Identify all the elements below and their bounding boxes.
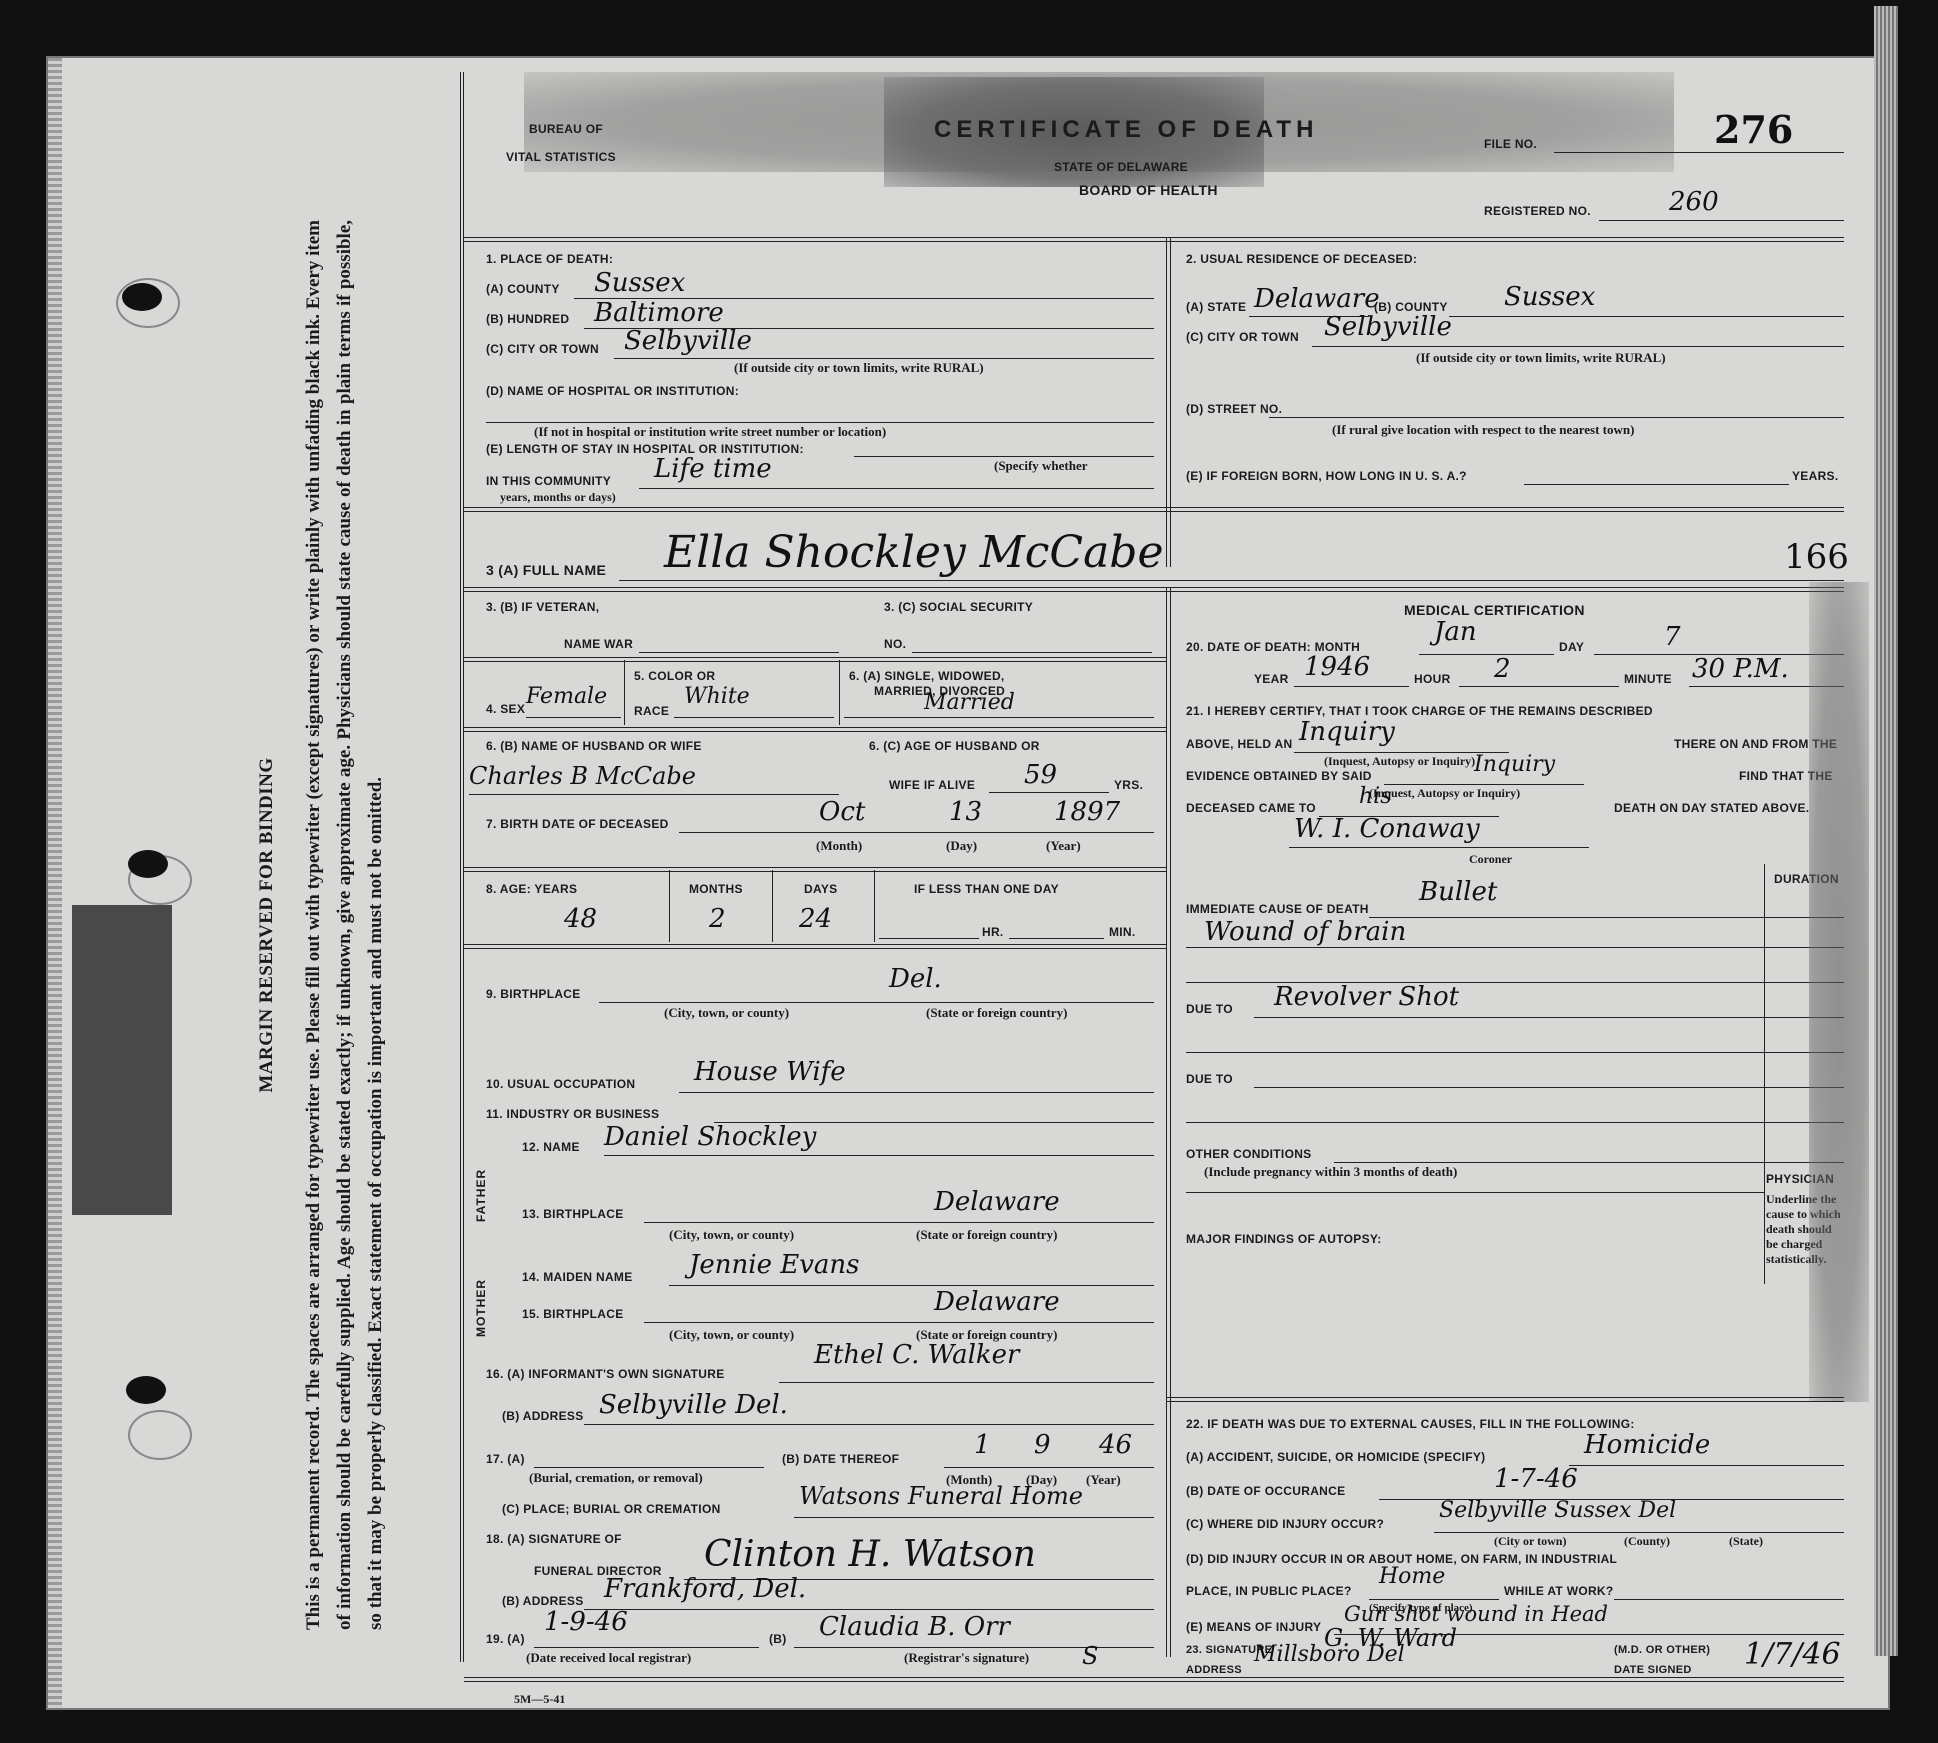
registrar-signature[interactable]: Claudia B. Orr: [819, 1612, 1010, 1642]
community-value[interactable]: Life time: [654, 454, 772, 484]
vital-statistics-label: VITAL STATISTICS: [506, 150, 616, 164]
held-note: (Inquest, Autopsy or Inquiry): [1324, 754, 1475, 769]
death-day-label: DAY: [1559, 640, 1584, 654]
fb-city-note: (City, town, or county): [669, 1227, 794, 1243]
year-note: (Year): [1046, 838, 1081, 854]
res-city-note: (If outside city or town limits, write R…: [1416, 350, 1666, 366]
external-heading: 22. IF DEATH WAS DUE TO EXTERNAL CAUSES,…: [1186, 1417, 1635, 1431]
burial-year-note: (Year): [1086, 1472, 1121, 1488]
registrar-b-label: (B): [769, 1632, 787, 1646]
death-county-value[interactable]: Sussex: [594, 268, 685, 298]
means-label: (E) MEANS OF INJURY: [1186, 1620, 1321, 1634]
marital-value[interactable]: Married: [924, 690, 1015, 715]
due-to-value-1[interactable]: Revolver Shot: [1274, 982, 1459, 1012]
death-day-value[interactable]: 7: [1664, 622, 1681, 652]
race-label: RACE: [634, 704, 669, 718]
death-year-label: YEAR: [1254, 672, 1289, 686]
hospital-label: (D) NAME OF HOSPITAL OR INSTITUTION:: [486, 384, 739, 398]
death-hour-value[interactable]: 2: [1494, 654, 1511, 684]
place-of-death-heading: 1. PLACE OF DEATH:: [486, 252, 613, 266]
cause-value-2[interactable]: Wound of brain: [1204, 917, 1406, 947]
age-years-label: 8. AGE: YEARS: [486, 882, 577, 896]
marital-label-1: 6. (A) SINGLE, WIDOWED,: [849, 669, 1005, 683]
month-note: (Month): [816, 838, 862, 854]
veteran-label: 3. (B) IF VETERAN,: [486, 600, 599, 614]
registrar-date-value[interactable]: 1-9-46: [544, 1607, 628, 1637]
other-conditions-label: OTHER CONDITIONS: [1186, 1147, 1311, 1161]
residence-heading: 2. USUAL RESIDENCE OF DECEASED:: [1186, 252, 1417, 266]
res-state-value[interactable]: Delaware: [1254, 284, 1380, 314]
occurance-value[interactable]: 1-7-46: [1494, 1464, 1578, 1494]
medical-heading: MEDICAL CERTIFICATION: [1404, 602, 1585, 618]
means-value[interactable]: Gun shot wound in Head: [1344, 1602, 1608, 1626]
certificate-title: CERTIFICATE OF DEATH: [934, 116, 1318, 144]
margin-code: 166: [1784, 537, 1849, 577]
mother-side-label: MOTHER: [474, 1279, 488, 1337]
held-value[interactable]: Inquiry: [1299, 717, 1395, 747]
cause-value-1[interactable]: Bullet: [1419, 877, 1497, 907]
other-conditions-note: (Include pregnancy within 3 months of de…: [1204, 1164, 1457, 1180]
where-city-note: (City or town): [1494, 1534, 1566, 1549]
work-label: WHILE AT WORK?: [1504, 1584, 1614, 1598]
deceased-came-label: DECEASED CAME TO: [1186, 801, 1316, 815]
mb-city-note: (City, town, or county): [669, 1327, 794, 1343]
accident-label: (A) ACCIDENT, SUICIDE, OR HOMICIDE (SPEC…: [1186, 1450, 1485, 1464]
coroner-note: Coroner: [1469, 852, 1512, 867]
res-city-label: (C) CITY OR TOWN: [1186, 330, 1299, 344]
father-side-label: FATHER: [474, 1169, 488, 1222]
punch-hole-ring: [128, 1410, 192, 1460]
foreign-label: (E) IF FOREIGN BORN, HOW LONG IN U. S. A…: [1186, 469, 1467, 483]
where-label: (C) WHERE DID INJURY OCCUR?: [1186, 1517, 1384, 1531]
registrar-date-note: (Date received local registrar): [526, 1650, 691, 1666]
where-state-note: (State): [1729, 1534, 1763, 1549]
burial-year-value[interactable]: 46: [1099, 1430, 1132, 1460]
physician-address-label: ADDRESS: [1186, 1664, 1242, 1676]
certificate-form: BUREAU OF VITAL STATISTICS CERTIFICATE O…: [460, 72, 1884, 1662]
death-city-value[interactable]: Selbyville: [624, 326, 752, 356]
director-signature[interactable]: Clinton H. Watson: [704, 1534, 1036, 1575]
coroner-signature[interactable]: W. I. Conaway: [1294, 814, 1480, 844]
spouse-age-value[interactable]: 59: [1024, 760, 1057, 790]
death-month-value[interactable]: Jan: [1434, 617, 1477, 647]
color-label: 5. COLOR OR: [634, 669, 715, 683]
where-county-note: (County): [1624, 1534, 1670, 1549]
informant-address-value[interactable]: Selbyville Del.: [599, 1390, 788, 1420]
due-to-label-2: DUE TO: [1186, 1072, 1233, 1086]
registered-number: 260: [1669, 187, 1719, 217]
burial-month-value[interactable]: 1: [974, 1430, 991, 1460]
death-on-label: DEATH ON DAY STATED ABOVE.: [1614, 801, 1809, 815]
specify-note: (Specify whether: [994, 458, 1088, 474]
punch-hole: [128, 850, 168, 878]
board-label: BOARD OF HEALTH: [1079, 182, 1218, 198]
registrar-mark: S: [1082, 1642, 1098, 1670]
file-number: 276: [1714, 107, 1793, 152]
name-war-label: NAME WAR: [564, 637, 633, 651]
hospital-note: (If not in hospital or institution write…: [534, 424, 886, 440]
registered-no-label: REGISTERED NO.: [1484, 204, 1591, 218]
death-year-value[interactable]: 1946: [1304, 652, 1370, 682]
home-label-2: PLACE, IN PUBLIC PLACE?: [1186, 1584, 1352, 1598]
full-name-value[interactable]: Ella Shockley McCabe: [664, 527, 1164, 578]
margin-instructions: This is a permanent record. The spaces a…: [298, 210, 391, 1640]
city-label: (C) CITY OR TOWN: [486, 342, 599, 356]
father-name-label: 12. NAME: [522, 1140, 580, 1154]
evidence-label: EVIDENCE OBTAINED BY SAID: [1186, 769, 1372, 783]
race-value[interactable]: White: [684, 684, 750, 709]
birth-month-value[interactable]: Oct: [819, 797, 865, 827]
burial-label: 17. (A): [486, 1452, 525, 1466]
county-label: (A) COUNTY: [486, 282, 560, 296]
birth-year-value[interactable]: 1897: [1054, 797, 1120, 827]
mother-name-label: 14. MAIDEN NAME: [522, 1270, 633, 1284]
age-days-value[interactable]: 24: [799, 904, 832, 934]
burial-day-value[interactable]: 9: [1034, 1430, 1051, 1460]
min-label: MIN.: [1109, 925, 1136, 939]
community-note: years, months or days): [500, 490, 616, 505]
burial-place-value[interactable]: Watsons Funeral Home: [799, 1482, 1083, 1510]
registrar-sig-note: (Registrar's signature): [904, 1650, 1029, 1666]
punch-hole: [122, 283, 162, 311]
street-note: (If rural give location with respect to …: [1332, 422, 1634, 438]
hundred-label: (B) HUNDRED: [486, 312, 569, 326]
sex-value[interactable]: Female: [526, 684, 607, 709]
evidence-value[interactable]: Inquiry: [1474, 752, 1555, 777]
day-note: (Day): [946, 838, 977, 854]
res-state-label: (A) STATE: [1186, 300, 1246, 314]
spouse-value[interactable]: Charles B McCabe: [469, 762, 696, 790]
father-birthplace-value[interactable]: Delaware: [934, 1187, 1060, 1217]
margin-title: MARGIN RESERVED FOR BINDING: [256, 210, 278, 1640]
cause-label: IMMEDIATE CAUSE OF DEATH: [1186, 902, 1369, 916]
ssn-label: 3. (C) SOCIAL SECURITY: [884, 600, 1033, 614]
less-than-day-label: IF LESS THAN ONE DAY: [914, 882, 1059, 896]
file-no-label: FILE NO.: [1484, 137, 1537, 151]
date-signed-label: DATE SIGNED: [1614, 1664, 1692, 1676]
father-birthplace-label: 13. BIRTHPLACE: [522, 1207, 624, 1221]
father-name-value[interactable]: Daniel Shockley: [604, 1122, 816, 1152]
md-label: (M.D. OR OTHER): [1614, 1644, 1710, 1656]
death-hour-label: HOUR: [1414, 672, 1451, 686]
age-days-label: DAYS: [804, 882, 837, 896]
registrar-a-label: 19. (A): [486, 1632, 525, 1646]
street-label: (D) STREET NO.: [1186, 402, 1282, 416]
bp-state-note: (State or foreign country): [926, 1005, 1067, 1021]
spouse-age-label-1: 6. (C) AGE OF HUSBAND OR: [869, 739, 1040, 753]
death-minute-value[interactable]: 30 P.M.: [1692, 654, 1789, 684]
occupation-value[interactable]: House Wife: [694, 1057, 846, 1087]
full-name-label: 3 (A) FULL NAME: [486, 562, 606, 578]
yrs-label: YRS.: [1114, 778, 1143, 792]
informant-value[interactable]: Ethel C. Walker: [814, 1340, 1020, 1370]
director-label-1: 18. (A) SIGNATURE OF: [486, 1532, 622, 1546]
city-note: (If outside city or town limits, write R…: [734, 360, 984, 376]
autopsy-label: MAJOR FINDINGS OF AUTOPSY:: [1186, 1232, 1382, 1246]
date-signed-value[interactable]: 1/7/46: [1744, 1637, 1841, 1672]
death-minute-label: MINUTE: [1624, 672, 1672, 686]
certify-text: 21. I HEREBY CERTIFY, THAT I TOOK CHARGE…: [1186, 704, 1653, 718]
home-value[interactable]: Home: [1379, 1564, 1445, 1589]
bureau-label: BUREAU OF: [529, 122, 603, 136]
res-city-value[interactable]: Selbyville: [1324, 312, 1452, 342]
informant-address-label: (B) ADDRESS: [502, 1409, 584, 1423]
res-county-value[interactable]: Sussex: [1504, 282, 1595, 312]
director-address-value[interactable]: Frankford, Del.: [604, 1574, 806, 1604]
hundred-value[interactable]: Baltimore: [594, 298, 724, 328]
bp-city-note: (City, town, or county): [664, 1005, 789, 1021]
burial-place-label: (C) PLACE; BURIAL OR CREMATION: [502, 1502, 721, 1516]
birthplace-state-value[interactable]: Del.: [889, 964, 942, 994]
industry-label: 11. INDUSTRY OR BUSINESS: [486, 1107, 659, 1121]
deceased-came-value[interactable]: his: [1359, 784, 1392, 809]
occurance-label: (B) DATE OF OCCURANCE: [1186, 1484, 1345, 1498]
community-label: IN THIS COMMUNITY: [486, 474, 611, 488]
state-label: STATE OF DELAWARE: [1054, 160, 1188, 174]
birth-day-value[interactable]: 13: [949, 797, 982, 827]
burial-note: (Burial, cremation, or removal): [529, 1470, 703, 1486]
spouse-label: 6. (B) NAME OF HUSBAND OR WIFE: [486, 739, 702, 753]
occupation-label: 10. USUAL OCCUPATION: [486, 1077, 635, 1091]
mother-name-value[interactable]: Jennie Evans: [689, 1250, 860, 1280]
accident-value[interactable]: Homicide: [1584, 1430, 1710, 1460]
due-to-label-1: DUE TO: [1186, 1002, 1233, 1016]
held-label: ABOVE, HELD AN: [1186, 737, 1292, 751]
birthplace-label: 9. BIRTHPLACE: [486, 987, 581, 1001]
tape-stain: [72, 905, 172, 1215]
binding-edge: [48, 58, 62, 1708]
informant-label: 16. (A) INFORMANT'S OWN SIGNATURE: [486, 1367, 725, 1381]
hr-label: HR.: [982, 925, 1004, 939]
physician-address-value[interactable]: Millsboro Del: [1254, 1642, 1405, 1667]
mother-birthplace-label: 15. BIRTHPLACE: [522, 1307, 624, 1321]
years-label: YEARS.: [1792, 469, 1838, 483]
age-months-value[interactable]: 2: [709, 904, 726, 934]
fb-state-note: (State or foreign country): [916, 1227, 1057, 1243]
age-months-label: MONTHS: [689, 882, 743, 896]
date-thereof-label: (B) DATE THEREOF: [782, 1452, 899, 1466]
director-address-label: (B) ADDRESS: [502, 1594, 584, 1608]
mother-birthplace-value[interactable]: Delaware: [934, 1287, 1060, 1317]
ssn-no-label: NO.: [884, 637, 906, 651]
evidence-note: (Inquest, Autopsy or Inquiry): [1369, 786, 1520, 801]
binding-margin: MARGIN RESERVED FOR BINDING This is a pe…: [258, 210, 448, 1640]
edge-stain: [1809, 582, 1869, 1402]
punch-hole: [126, 1376, 166, 1404]
spouse-age-label-2: WIFE IF ALIVE: [889, 778, 975, 792]
birth-date-label: 7. BIRTH DATE OF DECEASED: [486, 817, 669, 831]
sex-label: 4. SEX: [486, 702, 525, 716]
age-years-value[interactable]: 48: [564, 904, 597, 934]
form-code: 5M—5-41: [514, 1692, 565, 1707]
where-value[interactable]: Selbyville Sussex Del: [1439, 1498, 1676, 1523]
